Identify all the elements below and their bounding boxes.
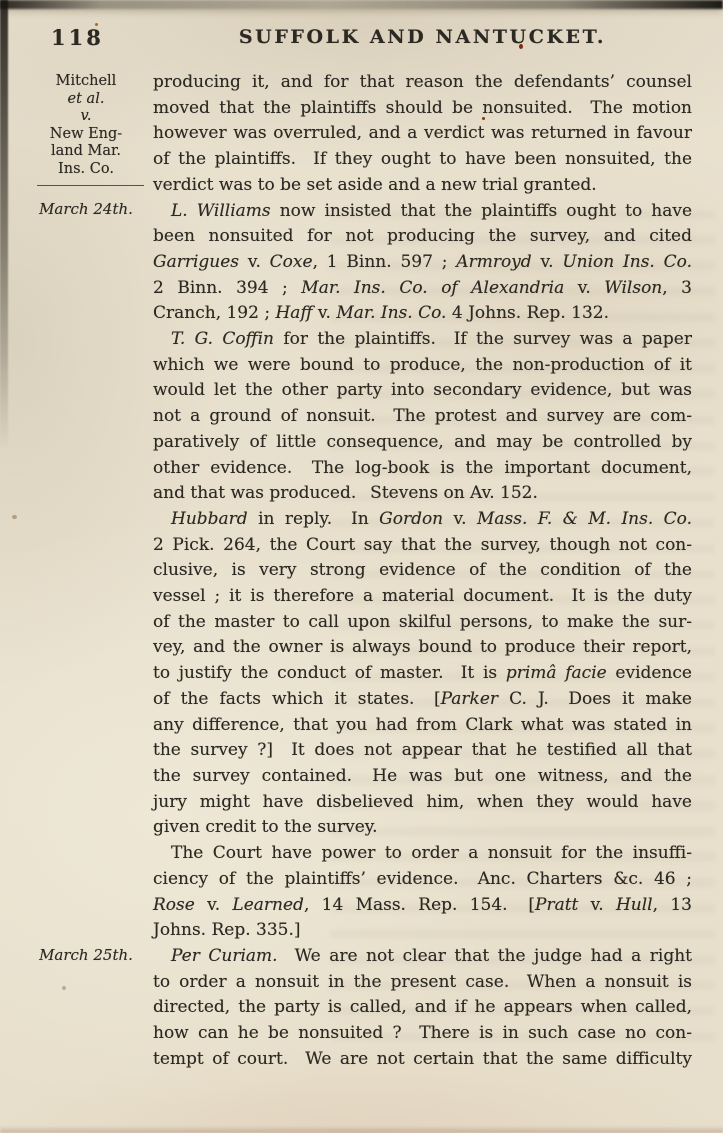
page-number: 118 [51, 25, 104, 50]
scan-edge-top [0, 0, 723, 9]
text-line: the survey contained. He was but one wit… [153, 764, 692, 790]
text-line: tempt of court. We are not certain that … [153, 1047, 692, 1073]
text-line: Garrigues v. Coxe, 1 Binn. 597 ; Armroyd… [153, 250, 692, 276]
text-run: directed, the party is called, and if he… [153, 997, 692, 1017]
text-run: v. [578, 895, 616, 915]
text-run: given credit to the survey. [153, 817, 378, 837]
text-run: been nonsuited for not producing the sur… [153, 226, 692, 246]
text-run: C. J. Does it make [498, 689, 692, 709]
italic-text-run: primâ facie [506, 663, 607, 683]
text-run: vey, and the owner is always bound to pr… [153, 637, 692, 657]
text-line: Johns. Rep. 335.] [153, 918, 692, 944]
margin-note-date-march-25: March 25th. [24, 946, 148, 964]
text-run: not a ground of nonsuit. The protest and… [153, 406, 692, 426]
margin-case-line: Mitchell [26, 73, 146, 91]
text-run: evidence [607, 663, 692, 683]
text-run: for the plaintiffs. If the survey was a … [274, 329, 692, 349]
text-line: of the facts which it states. [Parker C.… [153, 687, 692, 713]
italic-text-run: T. G. Coffin [171, 329, 274, 349]
text-run: how can he be nonsuited ? There is in su… [153, 1023, 692, 1043]
text-line: vey, and the owner is always bound to pr… [153, 635, 692, 661]
margin-case-line: v. [26, 108, 146, 126]
text-line: moved that the plaintiffs should be nons… [153, 96, 692, 122]
text-line: L. Williams now insisted that the plaint… [153, 199, 692, 225]
margin-case-line: land Mar. [26, 143, 146, 161]
text-line: Hubbard in reply. In Gordon v. Mass. F. … [153, 507, 692, 533]
text-run: v. [239, 252, 270, 272]
text-line: Cranch, 192 ; Haff v. Mar. Ins. Co. 4 Jo… [153, 301, 692, 327]
margin-case-line: Ins. Co. [26, 161, 146, 179]
scan-edge-bottom [0, 1126, 723, 1133]
text-run: The Court have power to order a nonsuit … [171, 843, 692, 863]
text-line: paratively of little consequence, and ma… [153, 430, 692, 456]
text-run: v. [564, 278, 604, 298]
text-run: of the plaintiffs. If they ought to have… [153, 149, 692, 169]
text-line: to order a nonsuit in the present case. … [153, 970, 692, 996]
text-run: which we were bound to produce, the non-… [153, 355, 692, 375]
text-run: to justify the conduct of master. It is [153, 663, 506, 683]
text-run: however was overruled, and a verdict was… [153, 123, 692, 143]
text-run: ciency of the plaintiffs’ evidence. Anc.… [153, 869, 692, 889]
text-line: however was overruled, and a verdict was… [153, 121, 692, 147]
text-run: of the facts which it states. [ [153, 689, 441, 709]
text-run: to order a nonsuit in the present case. … [153, 972, 692, 992]
italic-text-run: Hull [616, 895, 653, 915]
italic-text-run: Pratt [535, 895, 578, 915]
text-run: paratively of little consequence, and ma… [153, 432, 692, 452]
text-run: , 14 Mass. Rep. 154. [ [304, 895, 535, 915]
margin-rule [37, 185, 144, 186]
text-line: how can he be nonsuited ? There is in su… [153, 1021, 692, 1047]
text-run: 2 Binn. 394 ; [153, 278, 301, 298]
text-run: the survey contained. He was but one wit… [153, 766, 692, 786]
text-line: of the plaintiffs. If they ought to have… [153, 147, 692, 173]
running-head: SUFFOLK AND NANTUCKET. [153, 26, 692, 48]
text-line: The Court have power to order a nonsuit … [153, 841, 692, 867]
text-line: producing it, and for that reason the de… [153, 70, 692, 96]
text-line: Rose v. Learned, 14 Mass. Rep. 154. [Pra… [153, 893, 692, 919]
text-run: clusive, is very strong evidence of the … [153, 560, 692, 580]
text-run: jury might have disbelieved him, when th… [153, 792, 692, 812]
margin-case-line: New Eng- [26, 126, 146, 144]
text-line: to justify the conduct of master. It is … [153, 661, 692, 687]
text-line: vessel ; it is therefore a material docu… [153, 584, 692, 610]
italic-text-run: Armroyd [456, 252, 531, 272]
margin-note-date-march-24: March 24th. [24, 200, 148, 218]
text-line: Per Curiam. We are not clear that the ju… [153, 944, 692, 970]
text-run: producing it, and for that reason the de… [153, 72, 692, 92]
text-run: other evidence. The log-book is the impo… [153, 458, 692, 478]
italic-text-run: Mar. Ins. Co. [336, 303, 446, 323]
margin-note-case-name: Mitchellet al.v.New Eng-land Mar.Ins. Co… [26, 73, 146, 179]
text-run: Johns. Rep. 335.] [153, 920, 301, 940]
text-line: would let the other party into secondary… [153, 378, 692, 404]
text-line: other evidence. The log-book is the impo… [153, 456, 692, 482]
text-line: the survey ?] It does not appear that he… [153, 738, 692, 764]
text-run: the survey ?] It does not appear that he… [153, 740, 692, 760]
italic-text-run: Coxe [270, 252, 313, 272]
text-line: directed, the party is called, and if he… [153, 995, 692, 1021]
text-line: clusive, is very strong evidence of the … [153, 558, 692, 584]
text-line: been nonsuited for not producing the sur… [153, 224, 692, 250]
scan-edge-left [0, 0, 8, 450]
paper-blemish [12, 515, 17, 519]
italic-text-run: Parker [441, 689, 498, 709]
text-line: given credit to the survey. [153, 815, 692, 841]
text-run: , 1 Binn. 597 ; [313, 252, 457, 272]
italic-text-run: L. Williams [171, 201, 271, 221]
text-run: verdict was to be set aside and a new tr… [153, 175, 597, 195]
text-run: 4 Johns. Rep. 132. [446, 303, 609, 323]
text-line: of the master to call upon skilful perso… [153, 610, 692, 636]
margin-case-line: et al. [26, 91, 146, 109]
text-line: any difference, that you had from Clark … [153, 713, 692, 739]
page-background: 118 SUFFOLK AND NANTUCKET. Mitchellet al… [0, 0, 723, 1133]
body-text: producing it, and for that reason the de… [153, 70, 692, 1072]
text-run: v. [195, 895, 233, 915]
text-line: not a ground of nonsuit. The protest and… [153, 404, 692, 430]
text-line: jury might have disbelieved him, when th… [153, 790, 692, 816]
italic-text-run: Mar. Ins. Co. of Alexandria [301, 278, 564, 298]
text-line: 2 Pick. 264, the Court say that the surv… [153, 533, 692, 559]
text-run: any difference, that you had from Clark … [153, 715, 692, 735]
text-line: which we were bound to produce, the non-… [153, 353, 692, 379]
text-run: and that was produced. Stevens on Av. 15… [153, 483, 538, 503]
text-run: v. [443, 509, 477, 529]
text-run: Cranch, 192 ; [153, 303, 275, 323]
italic-text-run: Rose [153, 895, 195, 915]
text-line: ciency of the plaintiffs’ evidence. Anc.… [153, 867, 692, 893]
italic-text-run: Haff [275, 303, 312, 323]
text-line: T. G. Coffin for the plaintiffs. If the … [153, 327, 692, 353]
text-run: tempt of court. We are not certain that … [153, 1049, 692, 1069]
text-run: v. [532, 252, 563, 272]
italic-text-run: Mass. F. & M. Ins. Co. [477, 509, 692, 529]
text-run: , 13 [653, 895, 692, 915]
text-run: v. [313, 303, 337, 323]
text-line: 2 Binn. 394 ; Mar. Ins. Co. of Alexandri… [153, 276, 692, 302]
italic-text-run: Learned [232, 895, 304, 915]
italic-text-run: Wilson [604, 278, 662, 298]
text-run: moved that the plaintiffs should be nons… [153, 98, 692, 118]
text-run: now insisted that the plaintiffs ought t… [271, 201, 692, 221]
text-run: in reply. In [248, 509, 379, 529]
italic-text-run: Hubbard [171, 509, 248, 529]
text-run: of the master to call upon skilful perso… [153, 612, 692, 632]
italic-text-run: Per Curiam. [171, 946, 278, 966]
text-run: , 3 [662, 278, 692, 298]
text-run: 2 Pick. 264, the Court say that the surv… [153, 535, 692, 555]
paper-blemish [62, 986, 66, 990]
italic-text-run: Gordon [379, 509, 443, 529]
text-line: verdict was to be set aside and a new tr… [153, 173, 692, 199]
text-run: vessel ; it is therefore a material docu… [153, 586, 692, 606]
text-line: and that was produced. Stevens on Av. 15… [153, 481, 692, 507]
text-run: would let the other party into secondary… [153, 380, 692, 400]
italic-text-run: Union Ins. Co. [562, 252, 692, 272]
text-run: We are not clear that the judge had a ri… [278, 946, 692, 966]
italic-text-run: Garrigues [153, 252, 239, 272]
